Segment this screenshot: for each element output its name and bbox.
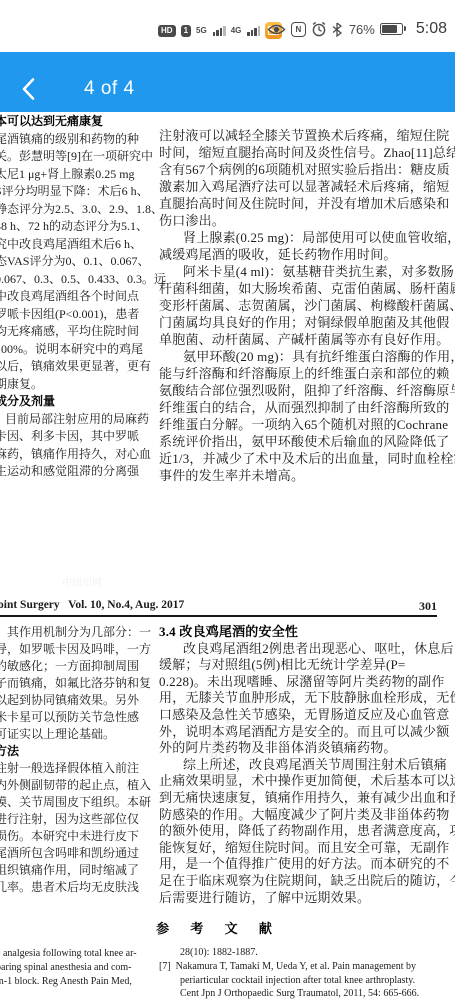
text-line: 以后，镇痛效果更显著，更有 bbox=[0, 358, 155, 376]
text-line: 纤维蛋白的结合，从而强烈抑制了由纤溶酶所致的 bbox=[159, 399, 449, 416]
status-network-cluster: HD 1 5G 4G bbox=[158, 22, 282, 39]
text-line: Cent Jpn J Orthopaedic Surg Traumatol, 2… bbox=[159, 987, 449, 1000]
text-line: 损伤。本研究中未进行皮下 bbox=[0, 828, 155, 845]
text-line: 足在于临床观察为住院期间，缺乏出院后的随访，今 bbox=[159, 873, 449, 890]
back-button[interactable] bbox=[16, 76, 42, 102]
text-line: 态VAS评分为0、0.1、0.067、 bbox=[0, 253, 155, 271]
text-line: 注射一般选择假体植入前注 bbox=[0, 760, 155, 777]
text-line: 的敏感化；一方面抑制周围 bbox=[0, 658, 155, 675]
text-line: 用，是一个值得推广使用的好方法。而本研究的不 bbox=[159, 856, 449, 873]
text-line: 尾酒镇痛的级别和药物的种 bbox=[0, 131, 155, 149]
status-bar: HD 1 5G 4G N 76% 5:08 bbox=[0, 0, 455, 52]
text-line: 生运动和感觉阻滞的分离强 bbox=[0, 463, 155, 481]
page-number-label: 301 bbox=[419, 599, 437, 614]
text-line: 能恢复好，缩短住院时间。而且安全可靠，无副作 bbox=[159, 840, 449, 857]
text-line: 尾酒所包含吗啡和凯纷通过 bbox=[0, 845, 155, 862]
text-line: 阿米卡星(4 ml)：氨基糖苷类抗生素，对多数肠 bbox=[159, 263, 449, 280]
text-line: 0.067、0.3、0.5、0.433、0.3。远 bbox=[0, 271, 155, 289]
text-line: 卡因、利多卡因，其中罗哌 bbox=[0, 428, 155, 446]
text-line: 近1/3，并减少了术中及术后的出血量，同时血栓栓塞 bbox=[159, 450, 449, 467]
text-line: ，其作用机制分为几部分：一 bbox=[0, 624, 155, 641]
text-line: 外的阿片类药物及非甾体消炎镇痛药物。 bbox=[159, 740, 449, 757]
text-line: 注射液可以减轻全膝关节置换术后疼痛，缩短住院 bbox=[159, 127, 449, 144]
text-line: 28(10): 1882-1887. bbox=[159, 946, 449, 960]
bluetooth-icon bbox=[332, 22, 342, 37]
text-line: 门菌属均具良好的作用；对铜绿假单胞菌及其他假 bbox=[159, 314, 449, 331]
text-line: paring spinal anesthesia and com- bbox=[0, 961, 171, 975]
nfc-icon: N bbox=[291, 22, 306, 37]
text-line: 方法 bbox=[0, 743, 155, 760]
page4-left-column: ，其作用机制分为几部分：一导，如罗哌卡因及吗啡，一方的敏感化；一方面抑制周围子而… bbox=[0, 624, 155, 896]
text-line: 导，如罗哌卡因及吗啡，一方 bbox=[0, 641, 155, 658]
text-line: 氨酸结合部位强烈吸附，阻抑了纤溶酶、纤溶酶原与 bbox=[159, 382, 449, 399]
clock-label: 5:08 bbox=[416, 20, 447, 38]
eye-comfort-icon bbox=[267, 23, 286, 36]
text-line: 究中改良鸡尾酒组术后6 h、 bbox=[0, 236, 155, 254]
signal-bars-sim2-icon bbox=[247, 25, 260, 36]
text-line: 本可以达到无痛康复 bbox=[0, 113, 155, 131]
page3-left-column: 本可以达到无痛康复尾酒镇痛的级别和药物的种关。彭慧明等[9]在一项研究中太尼1 … bbox=[0, 113, 155, 481]
text-line: 期康复。 bbox=[0, 376, 155, 394]
network-4g-label: 4G bbox=[231, 26, 242, 35]
text-line: in-1 block. Reg Anesth Pain Med, bbox=[0, 975, 171, 989]
text-line: 单胞菌、动杆菌属、产碱杆菌属等亦有良好作用。 bbox=[159, 331, 449, 348]
text-line: 变形杆菌属、志贺菌属，沙门菌属、枸橼酸杆菌属、沙 bbox=[159, 297, 449, 314]
text-line: 关。彭慧明等[9]在一项研究中 bbox=[0, 148, 155, 166]
page4-right-column: 3.4 改良鸡尾酒的安全性改良鸡尾酒组2例患者出现恶心、呕吐，休息后缓解；与对照… bbox=[159, 624, 449, 906]
pdf-document-viewport[interactable]: 本可以达到无痛康复尾酒镇痛的级别和药物的种关。彭慧明等[9]在一项研究中太尼1 … bbox=[0, 112, 455, 1000]
text-line: 的额外使用，降低了药物副作用，患者满意度高，功 bbox=[159, 823, 449, 840]
text-line: 罗哌卡因组(P<0.001)，患者 bbox=[0, 306, 155, 324]
text-line: 直腿抬高时间及住院时间，并没有增加术后感染和 bbox=[159, 195, 449, 212]
text-line: 膜、关节周围皮下组织。本研 bbox=[0, 794, 155, 811]
text-line: periarticular cocktail injection after t… bbox=[159, 974, 449, 988]
text-line: e analgesia following total knee ar- bbox=[0, 947, 171, 961]
text-line: 均无疼痛感，平均住院时间 bbox=[0, 323, 155, 341]
text-line: 0.228)。未出现嗜睡、尿潴留等阿片类药物的副作 bbox=[159, 674, 449, 691]
text-line: 3.4 改良鸡尾酒的安全性 bbox=[159, 624, 449, 641]
text-line: S评分均明显下降：术后6 h、 bbox=[0, 183, 155, 201]
text-line: 100%。说明本研究中的鸡尾 bbox=[0, 341, 155, 359]
text-line: 子而镇痛，如氟比洛芬钠和复 bbox=[0, 675, 155, 692]
text-line: 系统评价指出，氨甲环酸使术后输血的风险降低了 bbox=[159, 433, 449, 450]
text-line: 后需要进行随访，了解中远期效果。 bbox=[159, 890, 449, 907]
text-line: 减缓鸡尾酒的吸收，延长药物作用时间。 bbox=[159, 246, 449, 263]
text-line: 肾上腺素(0.25 mg)：局部使用可以使血管收缩， bbox=[159, 229, 449, 246]
text-line: 静态评分为2.5、3.0、2.9、1.8、 bbox=[0, 201, 155, 219]
text-line: 伤口渗出。 bbox=[159, 212, 449, 229]
signal-bars-sim1-icon bbox=[213, 25, 226, 36]
battery-percent-label: 76% bbox=[349, 22, 375, 37]
status-indicator-cluster: N 76% 5:08 bbox=[267, 20, 447, 38]
text-line: 外，说明本鸡尾酒配方是安全的。而且可以减少额 bbox=[159, 724, 449, 741]
references-heading: 参 考 文 献 bbox=[0, 918, 437, 937]
text-line: 用，无膝关节血肿形成，无下肢静脉血栓形成，无伤 bbox=[159, 690, 449, 707]
text-line: 麻药，镇痛作用持久，对心血 bbox=[0, 446, 155, 464]
text-line: 缓解；与对照组(5例)相比无统计学差异(P= bbox=[159, 657, 449, 674]
journal-title-label: oint Surgery Vol. 10, No.4, Aug. 2017 bbox=[0, 599, 184, 611]
text-line: 48 h、72 h的动态评分为5.1、 bbox=[0, 218, 155, 236]
sim1-icon: 1 bbox=[181, 25, 191, 37]
references-right-column: 28(10): 1882-1887.[7] Nakamura T, Tamaki… bbox=[159, 946, 449, 1000]
text-line: 中改良鸡尾酒组各个时间点 bbox=[0, 288, 155, 306]
text-line: 到无痛快速康复，镇痛作用持久，兼有减少出血和预 bbox=[159, 790, 449, 807]
text-line: 可证实以上理论基础。 bbox=[0, 726, 155, 743]
text-line: [7] Nakamura T, Tamaki M, Ueda Y, et al.… bbox=[159, 960, 449, 974]
text-line: 组织镇痛作用，同时缩减了 bbox=[0, 862, 155, 879]
cnki-watermark-small: 中国知网 bbox=[62, 574, 102, 589]
text-line: 进行注射，因为这些部位仅 bbox=[0, 811, 155, 828]
header-rule bbox=[0, 615, 437, 617]
references-left-column: e analgesia following total knee ar-pari… bbox=[0, 947, 171, 988]
text-line: 以起到协同镇痛效果。另外 bbox=[0, 692, 155, 709]
text-line: 能与纤溶酶和纤溶酶原上的纤维蛋白亲和部位的赖 bbox=[159, 365, 449, 382]
text-line: 事件的发生率并未增高。 bbox=[159, 467, 449, 484]
text-line: 杆菌科细菌，如大肠埃希菌、克雷伯菌属、肠杆菌属、 bbox=[159, 280, 449, 297]
text-line: 成分及剂量 bbox=[0, 393, 155, 411]
app-bar: 4 of 4 bbox=[0, 52, 455, 112]
alarm-icon bbox=[311, 21, 327, 37]
battery-icon bbox=[380, 23, 403, 36]
text-line: 改良鸡尾酒组2例患者出现恶心、呕吐，休息后 bbox=[159, 641, 449, 658]
journal-running-head: oint Surgery Vol. 10, No.4, Aug. 2017 30… bbox=[0, 599, 437, 613]
text-line: 止痛效果明显，术中操作更加简便，术后基本可以达 bbox=[159, 773, 449, 790]
text-line: 时间，缩短直腿抬高时间及炎性信号。Zhao[11]总结了 bbox=[159, 144, 449, 161]
text-line: 目前局部注射应用的局麻药 bbox=[0, 411, 155, 429]
text-line: 防感染的作用。大幅度减少了阿片类及非甾体药物 bbox=[159, 807, 449, 824]
network-5g-label: 5G bbox=[196, 26, 207, 35]
text-line: 含有567个病例的6项随机对照实验后指出：糖皮质 bbox=[159, 161, 449, 178]
phone-screen: HD 1 5G 4G N 76% 5:08 bbox=[0, 0, 455, 1000]
text-line: 纤维蛋白分解。一项纳入65个随机对照的Cochrane bbox=[159, 416, 449, 433]
page-indicator-title: 4 of 4 bbox=[84, 78, 135, 100]
text-line: 太尼1 μg+肾上腺素0.25 mg bbox=[0, 166, 155, 184]
text-line: 米卡星可以预防关节急性感 bbox=[0, 709, 155, 726]
text-line: 激素加入鸡尾酒疗法可以显著减轻术后疼痛，缩短 bbox=[159, 178, 449, 195]
text-line: 口感染及急性关节感染，无胃肠道反应及心血管意 bbox=[159, 707, 449, 724]
text-line: 几率。患者术后均无皮肤浅 bbox=[0, 879, 155, 896]
page3-right-column: 注射液可以减轻全膝关节置换术后疼痛，缩短住院时间，缩短直腿抬高时间及炎性信号。Z… bbox=[159, 127, 449, 484]
text-line: 氨甲环酸(20 mg)：具有抗纤维蛋白溶酶的作用， bbox=[159, 348, 449, 365]
hd-voice-icon: HD bbox=[158, 25, 176, 37]
text-line: 内外侧副韧带的起止点，植入 bbox=[0, 777, 155, 794]
text-line: 综上所述，改良鸡尾酒关节周围注射术后镇痛 bbox=[159, 757, 449, 774]
